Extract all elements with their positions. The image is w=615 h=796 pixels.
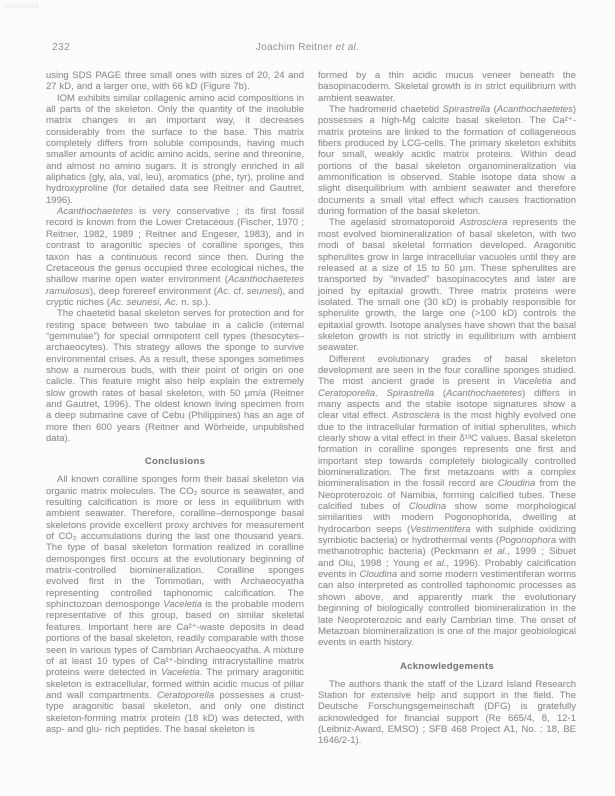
scanned-paper-page: 00000035 Joachim Reitner et al. 232 usin… [0,0,615,796]
text-run: n. sp.). [178,297,210,308]
italic-text-run: Cloudina [409,501,447,512]
italic-text-run: et al. [336,42,359,53]
section-heading: Conclusions [46,456,304,467]
text-run: All known coralline sponges form their b… [46,474,304,610]
section-heading: Acknowledgements [318,661,576,672]
italic-text-run: Pogonophora [499,535,556,546]
text-run: The hadromerid chaetetid [329,104,443,115]
italic-text-run: Astrosclera [392,410,440,421]
italic-text-run: et al. [424,558,446,569]
italic-text-run: Cloudina [360,569,398,580]
text-run: Joachim Reitner [256,42,336,53]
italic-text-run: Acanthochaetetes [497,104,573,115]
paragraph: The agelasid stromatoporoid Astrosclera … [318,217,576,353]
article-body: using SDS PAGE three small ones with siz… [46,70,576,747]
text-run: ( [490,104,497,115]
text-run: using SDS PAGE three small ones with siz… [46,70,304,92]
italic-text-run: Ac. [217,286,231,297]
text-run: ( [434,388,446,399]
text-run: and [552,376,576,387]
text-run: The authors thank the staff of the Lizar… [318,679,576,747]
italic-text-run: seunesi [247,286,280,297]
paragraph: The chaetetid basal skeleton serves for … [46,308,304,444]
text-run: and some modern vestimentiferan worms ca… [318,569,576,648]
paragraph: using SDS PAGE three small ones with siz… [46,70,304,93]
paragraph: Different evolutionary grades of basal s… [318,354,576,649]
italic-text-run: Vaceletia [161,667,200,678]
text-run: The chaetetid basal skeleton serves for … [46,308,304,444]
paragraph: formed by a thin acidic mucus veneer ben… [318,70,576,104]
italic-text-run: Ac. seunesi, Ac. [110,297,178,308]
italic-text-run: Astrosclera [460,217,508,228]
page-number: 232 [52,42,70,53]
text-run: IOM exhibits similar collagenic amino ac… [46,93,304,206]
italic-text-run: Spirastrella [387,388,435,399]
text-run: . [375,388,386,399]
paragraph: All known coralline sponges form their b… [46,474,304,735]
italic-text-run: Vestimentifera [410,524,470,535]
italic-text-run: Vaceletia [513,376,552,387]
paragraph: IOM exhibits similar collagenic amino ac… [46,93,304,206]
paragraph: The hadromerid chaetetid Spirastrella (A… [318,104,576,217]
text-run: ), deep forereef environment ( [90,286,217,297]
text-run: formed by a thin acidic mucus veneer ben… [318,70,576,104]
paragraph: The authors thank the staff of the Lizar… [318,679,576,747]
italic-text-run: Cloudina [498,478,536,489]
italic-text-run: Spirastrella [443,104,491,115]
text-run: cf. [231,286,247,297]
right-column: formed by a thin acidic mucus veneer ben… [318,70,576,747]
paragraph: Acanthochaetetes is very conservative ; … [46,206,304,308]
italic-text-run: Ceratoporella [157,690,214,701]
italic-text-run: Ceratoporella [318,388,375,399]
left-column: using SDS PAGE three small ones with siz… [46,70,304,747]
italic-text-run: Acanthochaetetes [446,388,522,399]
scan-id-watermark: 00000035 [4,3,39,10]
text-run: ) possesses a high-Mg calcite basal skel… [318,104,576,217]
text-run: The agelasid stromatoporoid [329,217,460,228]
italic-text-run: Acanthochaetetes [57,206,133,217]
italic-text-run: et al. [484,546,507,557]
text-run: represents the most evolved biomineraliz… [318,217,576,353]
running-head: Joachim Reitner et al. [0,42,615,53]
page-header: Joachim Reitner et al. 232 [0,42,615,56]
italic-text-run: Vaceletia [163,599,202,610]
